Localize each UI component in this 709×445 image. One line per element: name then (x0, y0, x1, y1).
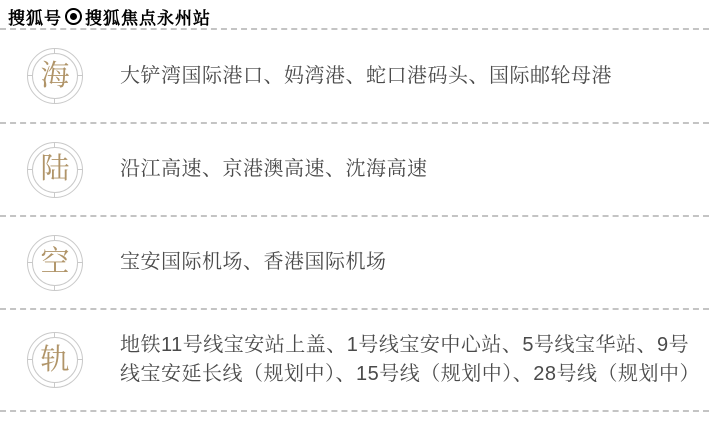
list-item-text: 大铲湾国际港口、妈湾港、蛇口港码头、国际邮轮母港 (120, 62, 612, 91)
list-item-text: 沿江高速、京港澳高速、沈海高速 (120, 155, 428, 184)
bottom-divider (0, 410, 709, 412)
watermark-prefix: 搜狐号 (8, 4, 62, 29)
badge-label: 空 (32, 240, 78, 286)
list-item-sea: 海 大铲湾国际港口、妈湾港、蛇口港码头、国际邮轮母港 (0, 28, 709, 122)
sohu-watermark: 搜狐号 搜狐焦点永州站 (8, 4, 211, 29)
badge-label: 轨 (32, 337, 78, 383)
land-badge-icon: 陆 (27, 142, 83, 198)
transport-list: 海 大铲湾国际港口、妈湾港、蛇口港码头、国际邮轮母港 陆 沿江高速、京港澳高速、… (0, 28, 709, 412)
rail-badge-icon: 轨 (27, 332, 83, 388)
list-item-land: 陆 沿江高速、京港澳高速、沈海高速 (0, 122, 709, 215)
badge-label: 海 (32, 53, 78, 99)
list-item-text: 地铁11号线宝安站上盖、1号线宝安中心站、5号线宝华站、9号线宝安延长线（规划中… (120, 331, 706, 389)
list-item-rail: 轨 地铁11号线宝安站上盖、1号线宝安中心站、5号线宝华站、9号线宝安延长线（规… (0, 308, 709, 410)
list-item-text: 宝安国际机场、香港国际机场 (120, 248, 387, 277)
sohu-logo-icon (65, 8, 82, 25)
watermark-account: 搜狐焦点永州站 (85, 4, 211, 29)
air-badge-icon: 空 (27, 235, 83, 291)
list-item-air: 空 宝安国际机场、香港国际机场 (0, 215, 709, 308)
badge-label: 陆 (32, 147, 78, 193)
sea-badge-icon: 海 (27, 48, 83, 104)
